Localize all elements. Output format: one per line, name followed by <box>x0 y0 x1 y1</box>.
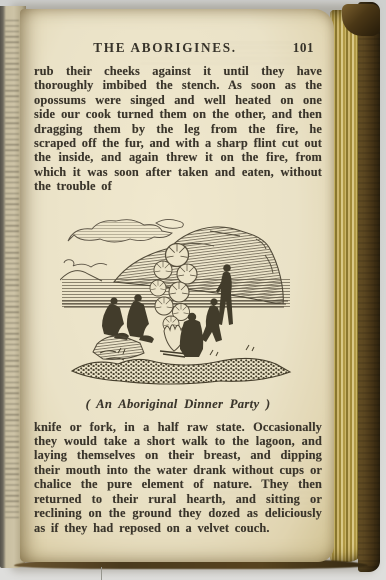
book-page: THE ABORIGINES. 101 rub their cheeks aga… <box>20 9 334 562</box>
body-paragraph-bottom: knife or fork, in a half raw state. Occa… <box>34 420 322 535</box>
photo-background: THE ABORIGINES. 101 rub their cheeks aga… <box>0 0 386 580</box>
woodcut-illustration <box>34 203 322 395</box>
smoke-puff <box>169 282 189 302</box>
cloud-swirl <box>64 259 107 266</box>
foreground-scrub-band <box>72 358 290 384</box>
running-header: THE ABORIGINES. 101 <box>34 40 322 56</box>
body-paragraph-top: rub their cheeks against it until they h… <box>34 64 322 194</box>
page-content: THE ABORIGINES. 101 rub their cheeks aga… <box>20 9 334 562</box>
adjacent-page-text-blur <box>5 20 19 520</box>
woodcut-engraving-svg <box>60 203 296 395</box>
smoke-puff <box>154 261 172 279</box>
foreground-rock-mound <box>93 336 144 359</box>
smoke-puff <box>150 280 166 296</box>
page-number: 101 <box>293 40 314 56</box>
surface-scratch <box>101 567 102 580</box>
illustration-caption: ( An Aboriginal Dinner Party ) <box>34 397 322 412</box>
cloud-small <box>156 219 183 228</box>
cover-texture <box>358 2 380 572</box>
smoke-puff <box>155 297 173 315</box>
book-cover-edge <box>358 2 380 572</box>
smoke-puff <box>177 264 197 284</box>
page-title: THE ABORIGINES. <box>93 40 237 55</box>
